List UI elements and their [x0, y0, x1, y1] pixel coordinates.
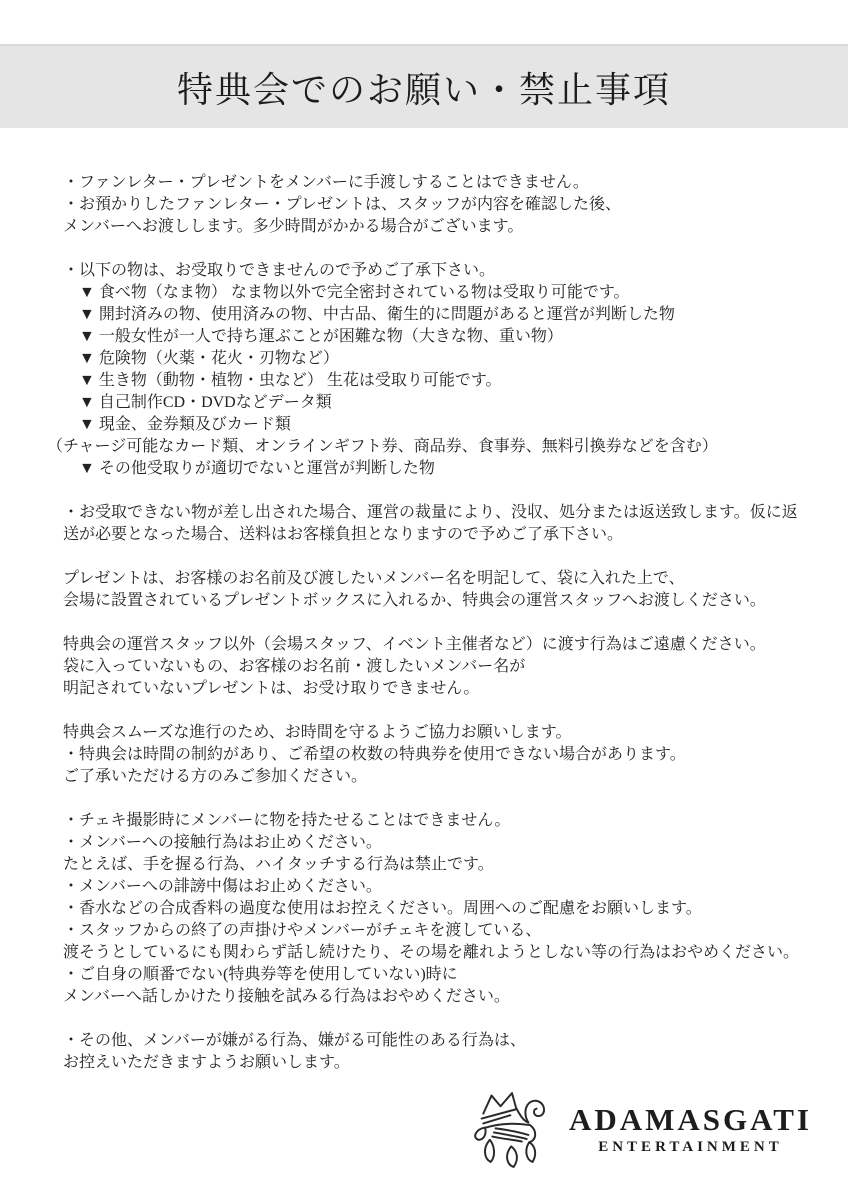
text-line: メンバーへお渡しします。多少時間がかかる場合がございます。: [63, 216, 812, 238]
logo-name: ADAMASGATI: [569, 1104, 812, 1137]
logo-subtitle: ENTERTAINMENT: [569, 1139, 812, 1156]
text-line: ・その他、メンバーが嫌がる行為、嫌がる可能性のある行為は、: [63, 1030, 812, 1052]
paragraph: ・お受取できない物が差し出された場合、運営の裁量により、没収、処分または返送致し…: [63, 502, 812, 546]
paragraph: ・以下の物は、お受取りできませんので予めご了承下さい。 ▼ 食べ物（なま物） な…: [63, 260, 812, 480]
text-line: 袋に入っていないもの、お客様のお名前・渡したいメンバー名が: [63, 656, 812, 678]
paragraph: ・その他、メンバーが嫌がる行為、嫌がる可能性のある行為は、お控えいただきますよう…: [63, 1030, 812, 1074]
title-band: 特典会でのお願い・禁止事項: [0, 44, 848, 128]
text-line: （チャージ可能なカード類、オンラインギフト券、商品券、食事券、無料引換券などを含…: [47, 436, 812, 458]
text-line: ・お預かりしたファンレター・プレゼントは、スタッフが内容を確認した後、: [63, 194, 812, 216]
text-line: ご了承いただける方のみご参加ください。: [63, 766, 812, 788]
text-line: メンバーへ話しかけたり接触を試みる行為はおやめください。: [63, 986, 812, 1008]
text-line: ・ファンレター・プレゼントをメンバーに手渡しすることはできません。: [63, 172, 812, 194]
text-line: ・メンバーへの誹謗中傷はお止めください。: [63, 876, 812, 898]
text-line: ・チェキ撮影時にメンバーに物を持たせることはできません。: [63, 810, 812, 832]
text-line: ・スタッフからの終了の声掛けやメンバーがチェキを渡している、: [63, 920, 812, 942]
text-line: 明記されていないプレゼントは、お受け取りできません。: [63, 678, 812, 700]
text-line: 送が必要となった場合、送料はお客様負担となりますので予めご了承下さい。: [63, 524, 812, 546]
text-line: ・お受取できない物が差し出された場合、運営の裁量により、没収、処分または返送致し…: [63, 502, 812, 524]
paragraph: 特典会スムーズな進行のため、お時間を守るようご協力お願いします。・特典会は時間の…: [63, 722, 812, 788]
text-line: ▼ 生き物（動物・植物・虫など） 生花は受取り可能です。: [63, 370, 812, 392]
text-line: 会場に設置されているプレゼントボックスに入れるか、特典会の運営スタッフへお渡しく…: [63, 590, 812, 612]
cat-line-art-icon: [471, 1086, 553, 1174]
document-page: 特典会でのお願い・禁止事項 ・ファンレター・プレゼントをメンバーに手渡しすること…: [0, 0, 848, 1200]
paragraph: ・チェキ撮影時にメンバーに物を持たせることはできません。・メンバーへの接触行為は…: [63, 810, 812, 1008]
text-line: ・メンバーへの接触行為はお止めください。: [63, 832, 812, 854]
logo-text: ADAMASGATI ENTERTAINMENT: [569, 1104, 812, 1157]
page-title: 特典会でのお願い・禁止事項: [177, 62, 671, 113]
text-line: ▼ 危険物（火薬・花火・刃物など）: [63, 348, 812, 370]
text-line: ▼ 現金、金券類及びカード類: [63, 414, 812, 436]
company-logo: ADAMASGATI ENTERTAINMENT: [471, 1086, 812, 1174]
text-line: ▼ 開封済みの物、使用済みの物、中古品、衛生的に問題があると運営が判断した物: [63, 304, 812, 326]
text-line: ▼ 自己制作CD・DVDなどデータ類: [63, 392, 812, 414]
text-line: ▼ 一般女性が一人で持ち運ぶことが困難な物（大きな物、重い物）: [63, 326, 812, 348]
text-line: ▼ その他受取りが適切でないと運営が判断した物: [63, 458, 812, 480]
paragraph: プレゼントは、お客様のお名前及び渡したいメンバー名を明記して、袋に入れた上で、会…: [63, 568, 812, 612]
body-blocks: ・ファンレター・プレゼントをメンバーに手渡しすることはできません。・お預かりした…: [63, 172, 812, 1096]
text-line: たとえば、手を握る行為、ハイタッチする行為は禁止です。: [63, 854, 812, 876]
text-line: 渡そうとしているにも関わらず話し続けたり、その場を離れようとしない等の行為はおや…: [63, 942, 812, 964]
text-line: ・ご自身の順番でない(特典券等を使用していない)時に: [63, 964, 812, 986]
text-line: プレゼントは、お客様のお名前及び渡したいメンバー名を明記して、袋に入れた上で、: [63, 568, 812, 590]
text-line: ▼ 食べ物（なま物） なま物以外で完全密封されている物は受取り可能です。: [63, 282, 812, 304]
paragraph: ・ファンレター・プレゼントをメンバーに手渡しすることはできません。・お預かりした…: [63, 172, 812, 238]
text-line: 特典会スムーズな進行のため、お時間を守るようご協力お願いします。: [63, 722, 812, 744]
text-line: ・香水などの合成香料の過度な使用はお控えください。周囲へのご配慮をお願いします。: [63, 898, 812, 920]
text-line: 特典会の運営スタッフ以外（会場スタッフ、イベント主催者など）に渡す行為はご遠慮く…: [63, 634, 812, 656]
text-line: お控えいただきますようお願いします。: [63, 1052, 812, 1074]
paragraph: 特典会の運営スタッフ以外（会場スタッフ、イベント主催者など）に渡す行為はご遠慮く…: [63, 634, 812, 700]
text-line: ・以下の物は、お受取りできませんので予めご了承下さい。: [63, 260, 812, 282]
text-line: ・特典会は時間の制約があり、ご希望の枚数の特典券を使用できない場合があります。: [63, 744, 812, 766]
